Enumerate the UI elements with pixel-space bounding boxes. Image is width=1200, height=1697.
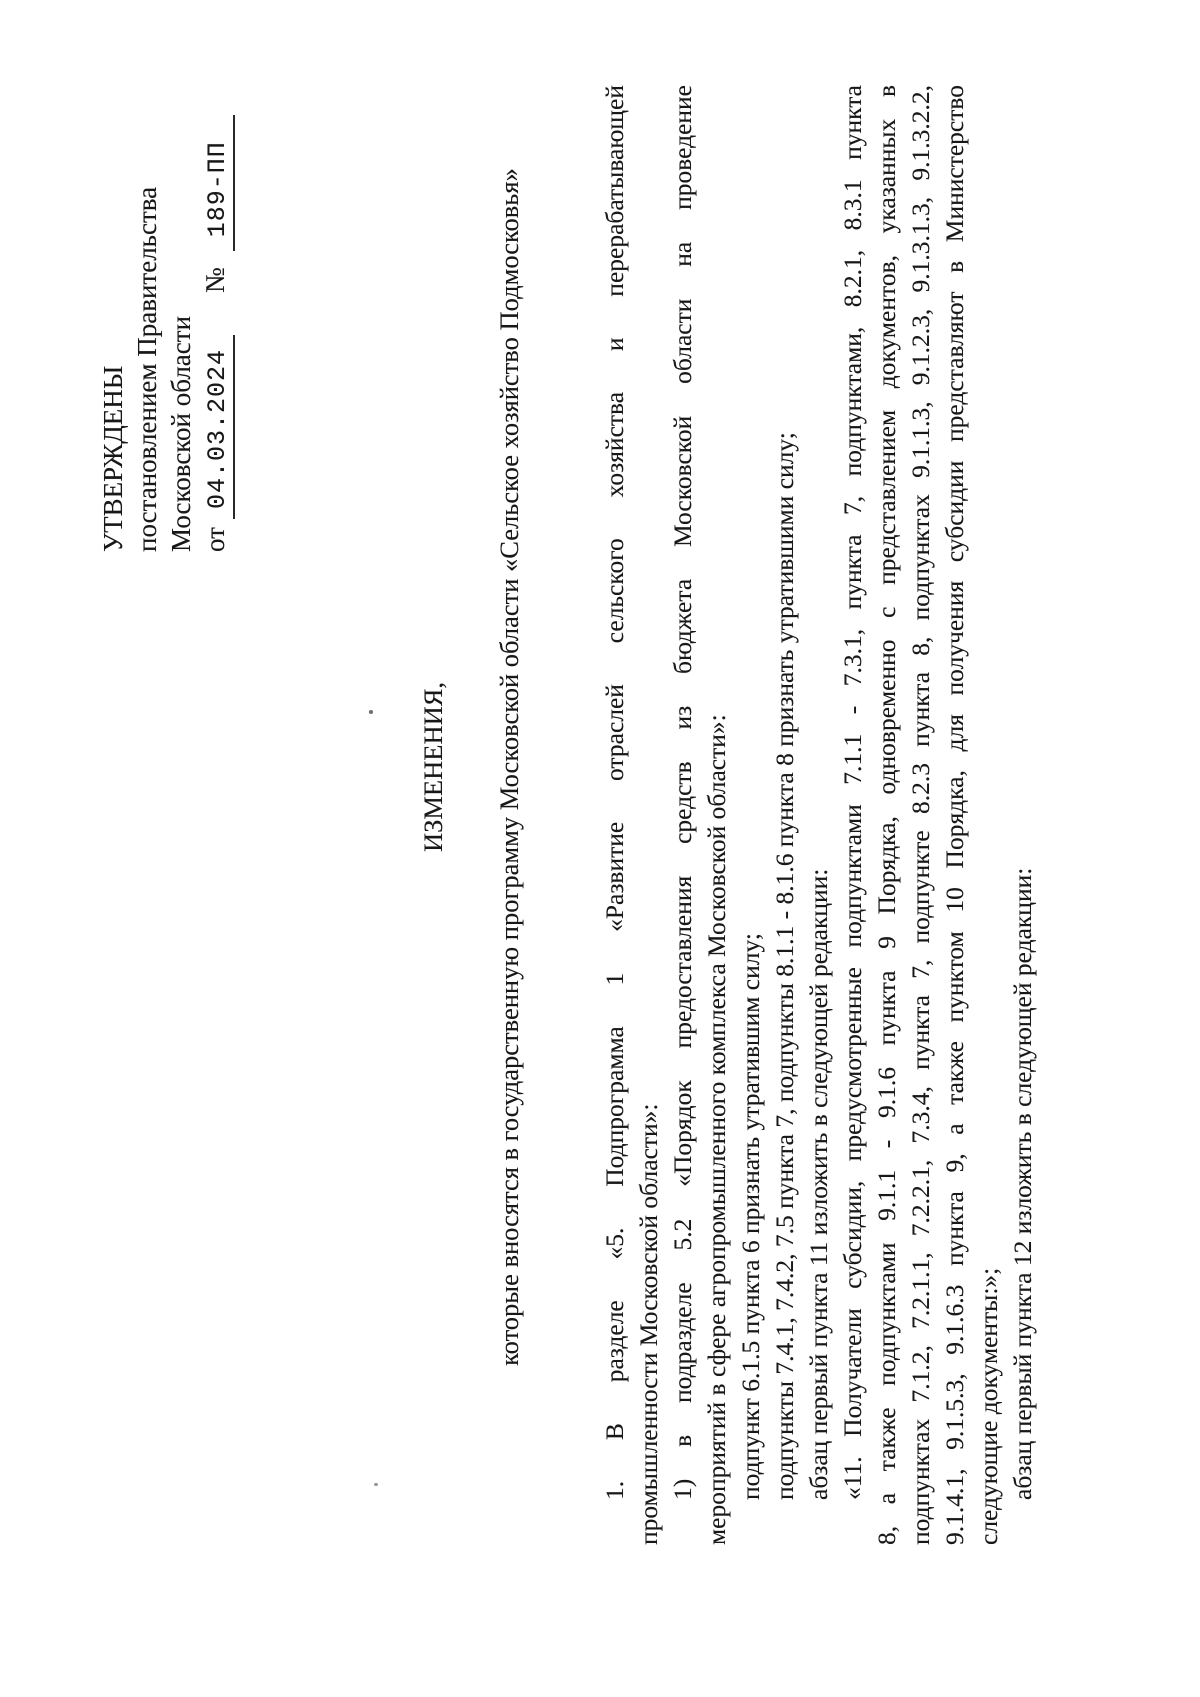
body-line: мероприятий в сфере агропромышленного ко… [700, 85, 734, 1545]
number-sign-label: № [200, 267, 230, 293]
body-text: 1. В разделе «5. Подпрограмма 1 «Развити… [598, 85, 1040, 1545]
document-subtitle: которые вносятся в государственную прогр… [492, 37, 526, 1497]
approval-line-resolution: постановлением Правительства [130, 72, 164, 552]
scan-speck [374, 1483, 378, 1486]
body-line: промышленности Московской области»: [632, 85, 666, 1545]
body-line: 1. В разделе «5. Подпрограмма 1 «Развити… [598, 85, 632, 1545]
body-line: следующие документы:»; [972, 85, 1006, 1545]
body-line: подпунктах 7.1.2, 7.2.1.1, 7.2.2.1, 7.3.… [904, 85, 938, 1545]
document-page: УТВЕРЖДЕНЫ постановлением Правительства … [0, 0, 1200, 1697]
body-line: подпункт 6.1.5 пункта 6 признать утратив… [734, 85, 768, 1545]
body-line: абзац первый пункта 12 изложить в следую… [1006, 85, 1040, 1545]
title-block: ИЗМЕНЕНИЯ, которые вносятся в государств… [416, 37, 526, 1497]
date-value: 04.03.2024 [203, 335, 235, 519]
approval-block: УТВЕРЖДЕНЫ постановлением Правительства … [96, 72, 235, 552]
body-line: 1) в подразделе 5.2 «Порядок предоставле… [666, 85, 700, 1545]
document-number-value: 189-ПП [203, 115, 235, 251]
body-line: подпункты 7.4.1, 7.4.2, 7.5 пункта 7, по… [768, 85, 802, 1545]
document-title: ИЗМЕНЕНИЯ, [416, 37, 450, 1497]
body-line: «11. Получатели субсидии, предусмотренны… [836, 85, 870, 1545]
approval-line-approved: УТВЕРЖДЕНЫ [96, 72, 130, 552]
approval-line-region: Московской области [164, 72, 198, 552]
body-line: 9.1.4.1, 9.1.5.3, 9.1.6.3 пункта 9, а та… [938, 85, 972, 1545]
approval-line-date-number: от04.03.2024№189-ПП [198, 72, 235, 552]
scanned-document-viewport: УТВЕРЖДЕНЫ постановлением Правительства … [0, 0, 1200, 1697]
body-line: абзац первый пункта 11 изложить в следую… [802, 85, 836, 1545]
date-prefix-label: от [200, 527, 230, 552]
body-line: 8, а также подпунктами 9.1.1 - 9.1.6 пун… [870, 85, 904, 1545]
scan-speck [369, 710, 373, 714]
